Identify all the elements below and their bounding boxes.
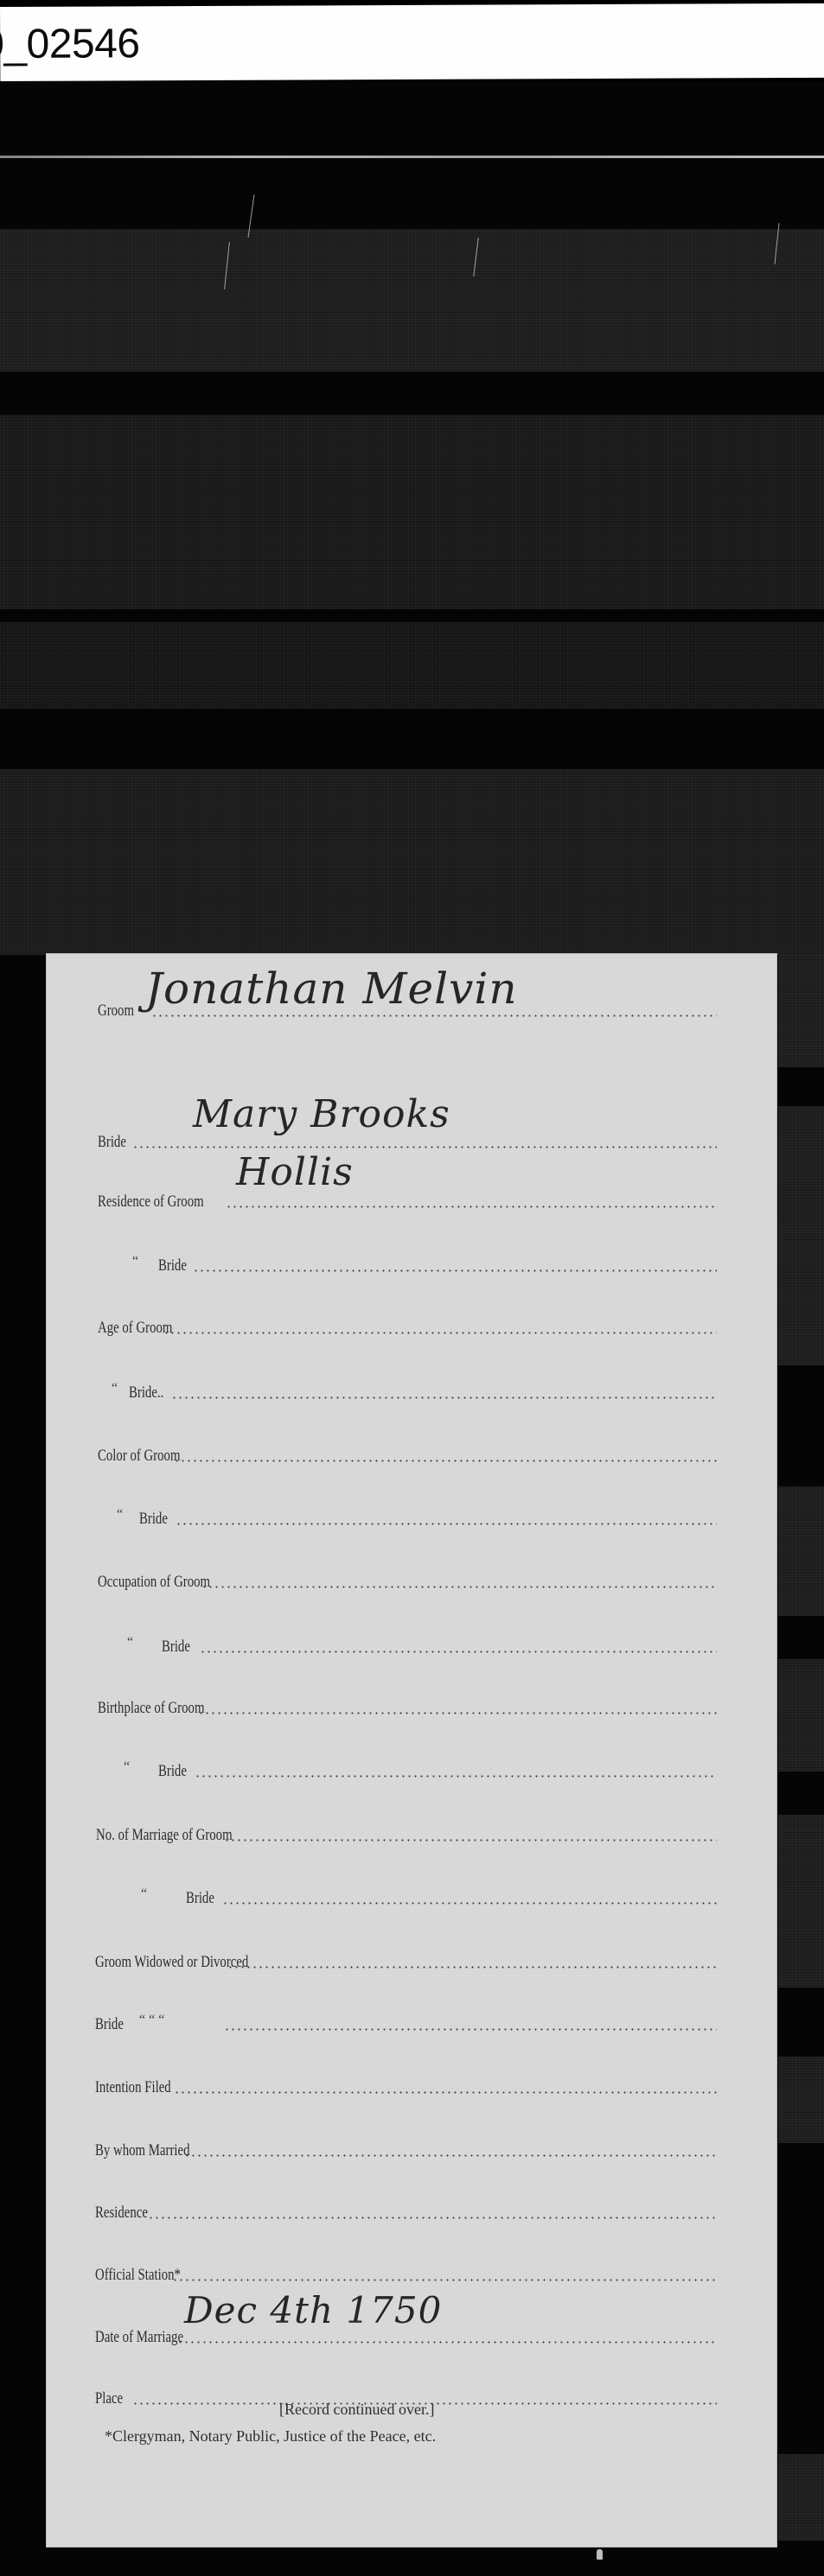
dotted-line (132, 1146, 717, 1148)
field-label: Groom (98, 1002, 134, 1019)
ditto-marks: “ “ “ (139, 2013, 164, 2027)
dotted-line (184, 2154, 717, 2157)
dotted-line (226, 1205, 717, 1208)
dotted-line (193, 1269, 717, 1272)
ditto-mark: “ (132, 1255, 138, 1269)
field-label: Official Station* (95, 2267, 181, 2283)
dotted-line (227, 1966, 717, 1969)
film-band-side (778, 1659, 824, 1771)
dotted-line (177, 2341, 717, 2344)
image-id-label: 0_02546 (0, 20, 140, 68)
ditto-mark: “ (127, 1636, 133, 1650)
field-row-occupation-groom: Occupation of Groom (46, 1568, 777, 1590)
dotted-line (195, 1775, 717, 1778)
dotted-line (174, 2091, 717, 2094)
date-of-marriage-handwritten: Dec 4th 1750 (184, 2293, 442, 2329)
field-row-age-bride: “ Bride.. (46, 1378, 777, 1401)
film-band (0, 229, 824, 372)
field-label: Bride (139, 1511, 168, 1527)
film-dust-mark (597, 2549, 603, 2560)
dotted-line (163, 1332, 717, 1334)
ditto-mark: “ (124, 1760, 130, 1774)
marriage-record-card: Groom Jonathan Melvin Bride Mary Brooks … (46, 953, 777, 2547)
field-label: Occupation of Groom (98, 1574, 210, 1590)
field-label: Age of Groom (98, 1320, 172, 1336)
field-row-official-station: Official Station* (46, 2261, 777, 2283)
field-row-by-whom-married: By whom Married (46, 2136, 777, 2159)
field-label: Residence (95, 2204, 148, 2221)
field-row-age-groom: Age of Groom (46, 1313, 777, 1336)
field-row-intention-filed: Intention Filed (46, 2073, 777, 2096)
film-band (0, 415, 824, 609)
film-band-side (778, 1106, 824, 1365)
groom-name-handwritten: Jonathan Melvin (145, 967, 518, 1010)
dotted-line (198, 1712, 717, 1714)
dotted-line (224, 1839, 717, 1841)
image-id-strip: 0_02546 (0, 3, 824, 81)
field-row-marriage-no-bride: “ Bride (46, 1884, 777, 1906)
dotted-line (222, 1902, 717, 1905)
field-label: No. of Marriage of Groom (96, 1827, 233, 1843)
field-label: Bride (95, 2016, 124, 2032)
dotted-line (151, 1014, 717, 1017)
field-row-birthplace-groom: Birthplace of Groom (46, 1694, 777, 1716)
field-label: Bride (186, 1890, 214, 1906)
record-continued-note: [Record continued over.] (279, 2401, 434, 2417)
field-row-residence-groom: Residence of Groom (46, 1187, 777, 1210)
field-label: Bride (98, 1134, 126, 1150)
ditto-mark: “ (141, 1887, 147, 1901)
bride-name-handwritten: Mary Brooks (193, 1096, 450, 1134)
dotted-line (174, 1460, 717, 1462)
film-band-side (778, 1486, 824, 1616)
field-label: Place (95, 2390, 123, 2407)
film-band (0, 769, 824, 955)
dotted-line (200, 1651, 717, 1653)
field-label: Bride.. (129, 1384, 163, 1401)
field-row-marriage-no-groom: No. of Marriage of Groom (46, 1821, 777, 1843)
field-row-residence-bride: “ Bride (46, 1251, 777, 1274)
ditto-mark: “ (112, 1382, 118, 1396)
field-label: Color of Groom (98, 1447, 181, 1464)
film-band-side (778, 955, 824, 1067)
field-row-residence: Residence (46, 2198, 777, 2221)
dotted-line (148, 2217, 717, 2219)
ditto-mark: “ (117, 1508, 123, 1522)
dotted-line (201, 1586, 717, 1588)
dotted-line (224, 2028, 717, 2031)
footnote: *Clergyman, Notary Public, Justice of th… (105, 2428, 436, 2444)
dotted-line (172, 2279, 717, 2281)
field-label: Bride (158, 1257, 187, 1274)
film-band (0, 622, 824, 709)
field-label: Residence of Groom (98, 1193, 204, 1210)
field-label: Date of Marriage (95, 2329, 183, 2345)
field-row-groom-widowed: Groom Widowed or Divorced (46, 1948, 777, 1970)
field-label: Intention Filed (95, 2079, 171, 2096)
film-edge-line (0, 156, 824, 158)
field-label: Groom Widowed or Divorced (95, 1954, 248, 1970)
field-label: By whom Married (95, 2142, 189, 2159)
field-label: Bride (162, 1638, 190, 1655)
film-band-side (778, 2057, 824, 2143)
field-label: Bride (158, 1763, 187, 1779)
field-label: Birthplace of Groom (98, 1700, 204, 1716)
dotted-line (176, 1523, 717, 1525)
field-row-color-groom: Color of Groom (46, 1441, 777, 1464)
film-band-side (778, 1815, 824, 1988)
field-row-birthplace-bride: “ Bride (46, 1757, 777, 1779)
dotted-line (171, 1396, 717, 1399)
field-row-occupation-bride: “ Bride (46, 1632, 777, 1655)
film-band-side (778, 2454, 824, 2541)
residence-groom-handwritten: Hollis (236, 1154, 354, 1192)
field-row-color-bride: “ Bride (46, 1504, 777, 1527)
field-row-bride-widowed: Bride “ “ “ (46, 2010, 777, 2032)
